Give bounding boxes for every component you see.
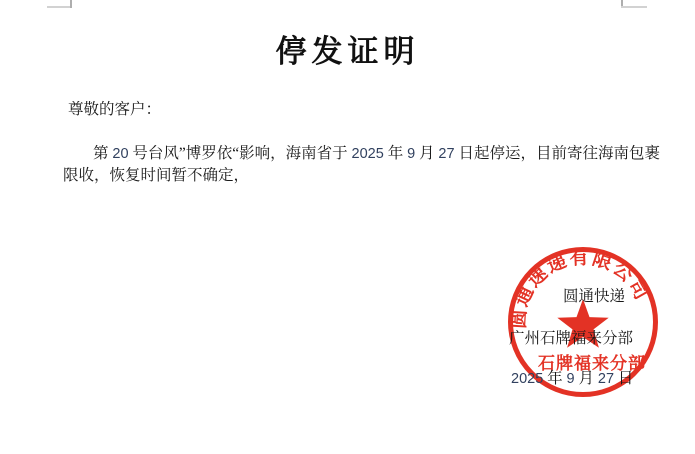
greeting-line: 尊敬的客户：: [68, 100, 161, 120]
signature-branch-line: 广州石牌福来分部: [509, 329, 633, 348]
suspension-certificate-page: { "document": { "title": "停发证明", "greeti…: [0, 0, 695, 454]
corner-mark-left-vertical: [70, 0, 72, 8]
corner-mark-left-horizontal: [47, 6, 72, 8]
corner-mark-right-horizontal: [621, 6, 647, 8]
body-paragraph: 第 20 号台风”博罗依“影响，海南省于 2025 年 9 月 27 日起停运，…: [63, 143, 683, 186]
signature-company-line: 圆通快递: [563, 287, 625, 306]
document-title: 停发证明: [0, 31, 695, 73]
signature-date-line: 2025 年 9 月 27 日: [511, 369, 633, 389]
